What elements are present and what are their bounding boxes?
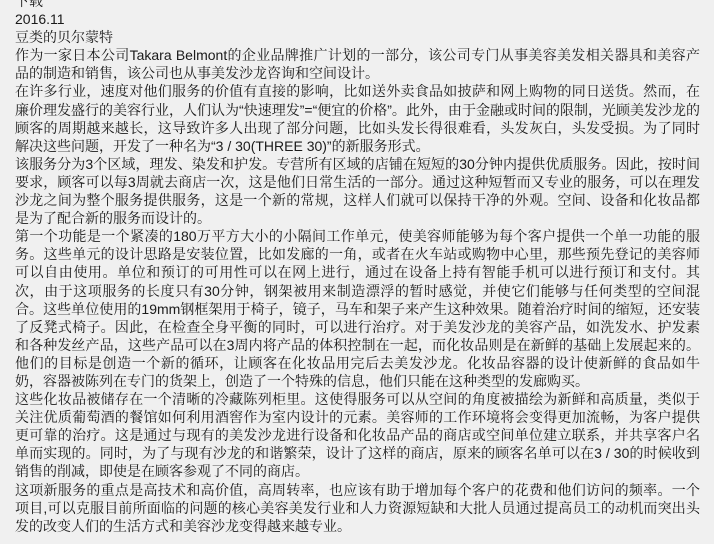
- article-body: 下载 2016.11 豆类的贝尔蒙特 作为一家日本公司Takara Belmon…: [0, 0, 714, 535]
- article-paragraph: 第一个功能是一个紧凑的180万平方大小的小隔间工作单元，使美容师能够为每个客户提…: [15, 227, 700, 390]
- article-paragraph: 作为一家日本公司Takara Belmont的企业品牌推广计划的一部分，该公司专…: [15, 46, 700, 82]
- article-title: 豆类的贝尔蒙特: [15, 28, 700, 46]
- article-paragraph: 这些化妆品被储存在一个清晰的冷藏陈列柜里。这使得服务可以从空间的角度被描绘为新鲜…: [15, 390, 700, 480]
- article-paragraph: 该服务分为3个区域，理发、染发和护发。专营所有区域的店铺在短短的30分钟内提供优…: [15, 155, 700, 227]
- article-date: 2016.11: [15, 10, 700, 28]
- article-paragraph: 这项新服务的重点是高技术和高价值，高周转率，也应该有助于增加每个客户的花费和他们…: [15, 481, 700, 535]
- article-paragraph: 在许多行业，速度对他们服务的价值有直接的影响，比如送外卖食品如披萨和网上购物的同…: [15, 82, 700, 154]
- download-link[interactable]: 下载: [15, 0, 700, 10]
